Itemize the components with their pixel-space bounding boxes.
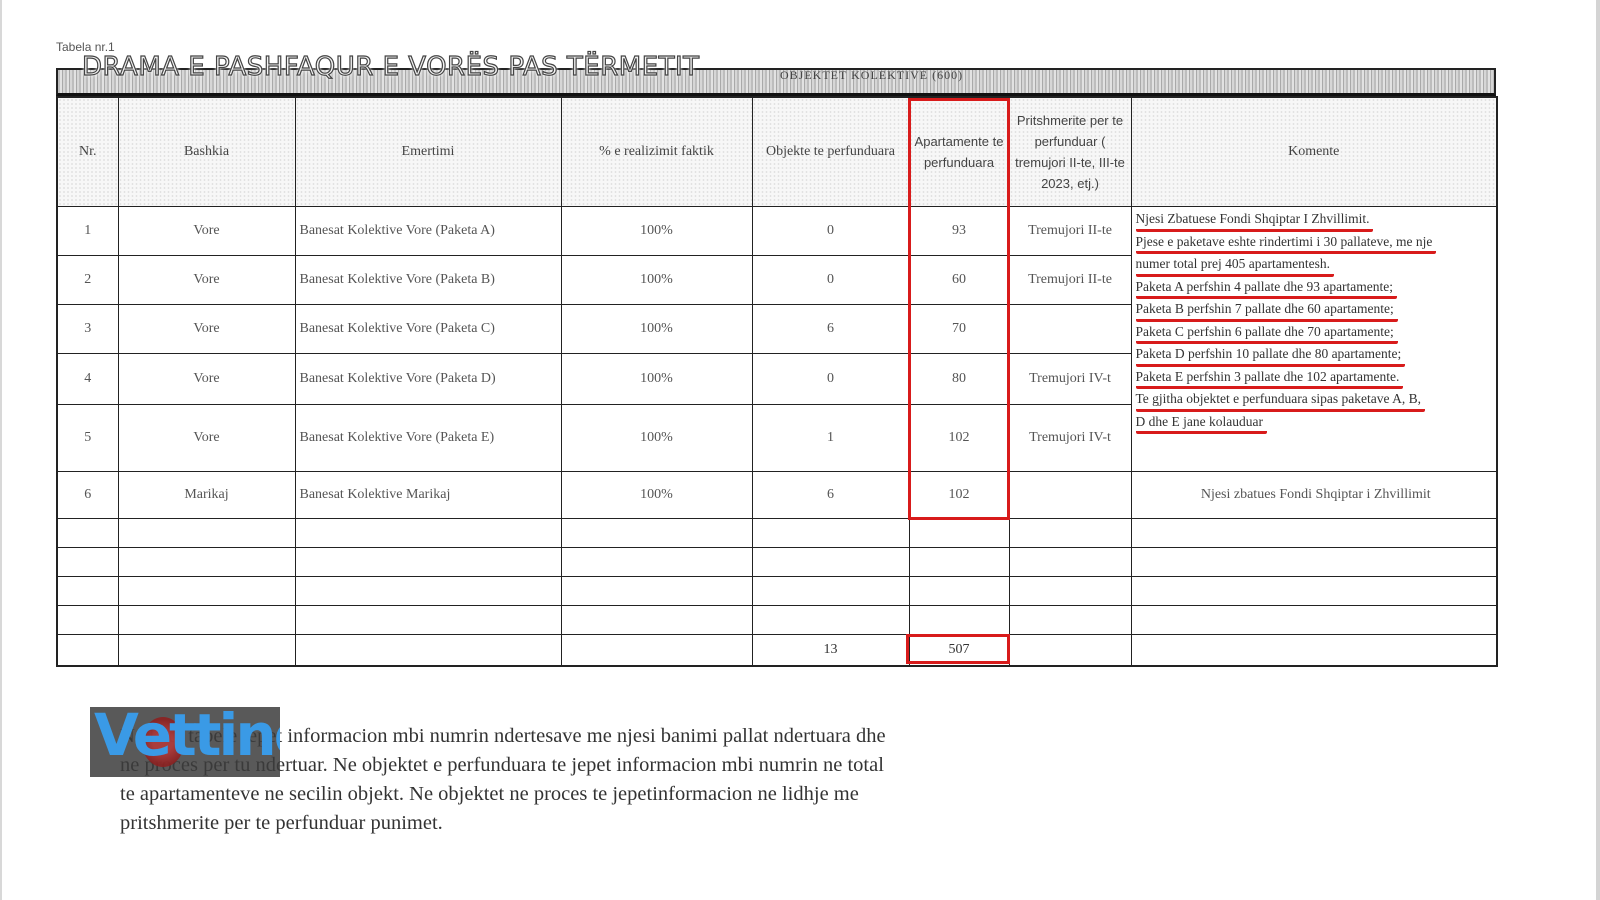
cell-pritshmerite: Tremujori II-te xyxy=(1009,207,1131,256)
table-row-empty xyxy=(57,606,1497,635)
channel-logo: Vetting xyxy=(90,707,280,777)
comment-line: Paketa A perfshin 4 pallate dhe 93 apart… xyxy=(1136,277,1398,300)
cell-nr: 2 xyxy=(57,256,118,305)
cell-nr: 5 xyxy=(57,405,118,472)
cell-bashkia: Vore xyxy=(118,305,295,354)
table-row-empty xyxy=(57,577,1497,606)
cell-emertimi: Banesat Kolektive Vore (Paketa B) xyxy=(295,256,561,305)
cell-objekte: 0 xyxy=(752,354,909,405)
cell-nr: 1 xyxy=(57,207,118,256)
cell-emertimi: Banesat Kolektive Vore (Paketa C) xyxy=(295,305,561,354)
table-row-empty xyxy=(57,548,1497,577)
table-total-row: 13 507 xyxy=(57,635,1497,667)
table-row: 1 Vore Banesat Kolektive Vore (Paketa A)… xyxy=(57,207,1497,256)
comment-line: Paketa E perfshin 3 pallate dhe 102 apar… xyxy=(1136,367,1404,390)
header-komente: Komente xyxy=(1131,97,1497,207)
cell-bashkia: Marikaj xyxy=(118,472,295,519)
cell-realizimi: 100% xyxy=(561,305,752,354)
comment-line: Njesi Zbatuese Fondi Shqiptar I Zhvillim… xyxy=(1136,209,1374,232)
cell-objekte: 1 xyxy=(752,405,909,472)
page-edge-left xyxy=(0,0,2,900)
banner-doc-title: OBJEKTET KOLEKTIVE (600) xyxy=(780,68,963,83)
cell-objekte: 0 xyxy=(752,207,909,256)
cell-emertimi: Banesat Kolektive Marikaj xyxy=(295,472,561,519)
broadcast-overlay-title: DRAMA E PASHFAQUR E VORËS PAS TËRMETIT xyxy=(82,52,700,82)
total-objekte: 13 xyxy=(752,635,909,667)
cell-apartamente: 102 xyxy=(909,405,1009,472)
cell-apartamente: 60 xyxy=(909,256,1009,305)
cell-realizimi: 100% xyxy=(561,256,752,305)
cell-pritshmerite xyxy=(1009,305,1131,354)
cell-apartamente: 80 xyxy=(909,354,1009,405)
cell-apartamente: 93 xyxy=(909,207,1009,256)
cell-realizimi: 100% xyxy=(561,472,752,519)
header-bashkia: Bashkia xyxy=(118,97,295,207)
header-realizimi: % e realizimit faktik xyxy=(561,97,752,207)
cell-nr: 6 xyxy=(57,472,118,519)
cell-objekte: 0 xyxy=(752,256,909,305)
cell-emertimi: Banesat Kolektive Vore (Paketa E) xyxy=(295,405,561,472)
cell-pritshmerite: Tremujori II-te xyxy=(1009,256,1131,305)
comment-line: Te gjitha objektet e perfunduara sipas p… xyxy=(1136,389,1425,412)
cell-komente-vore: Njesi Zbatuese Fondi Shqiptar I Zhvillim… xyxy=(1131,207,1497,472)
comment-line: Pjese e paketave eshte rindertimi i 30 p… xyxy=(1136,232,1437,255)
header-nr: Nr. xyxy=(57,97,118,207)
cell-bashkia: Vore xyxy=(118,256,295,305)
cell-pritshmerite: Tremujori IV-t xyxy=(1009,354,1131,405)
cell-realizimi: 100% xyxy=(561,207,752,256)
header-emertimi: Emertimi xyxy=(295,97,561,207)
comment-line: D dhe E jane kolauduar xyxy=(1136,412,1267,435)
cell-realizimi: 100% xyxy=(561,405,752,472)
cell-apartamente: 70 xyxy=(909,305,1009,354)
cell-emertimi: Banesat Kolektive Vore (Paketa D) xyxy=(295,354,561,405)
logo-text: Vetting xyxy=(94,707,280,769)
cell-nr: 4 xyxy=(57,354,118,405)
cell-emertimi: Banesat Kolektive Vore (Paketa A) xyxy=(295,207,561,256)
header-pritshmerite: Pritshmerite per te perfunduar ( tremujo… xyxy=(1009,97,1131,207)
cell-pritshmerite xyxy=(1009,472,1131,519)
cell-komente-marikaj: Njesi zbatues Fondi Shqiptar i Zhvillimi… xyxy=(1131,472,1497,519)
table-header-row: Nr. Bashkia Emertimi % e realizimit fakt… xyxy=(57,97,1497,207)
cell-objekte: 6 xyxy=(752,305,909,354)
cell-nr: 3 xyxy=(57,305,118,354)
cell-objekte: 6 xyxy=(752,472,909,519)
table-row: 6 Marikaj Banesat Kolektive Marikaj 100%… xyxy=(57,472,1497,519)
apartments-table: Nr. Bashkia Emertimi % e realizimit fakt… xyxy=(56,96,1498,667)
cell-apartamente: 102 xyxy=(909,472,1009,519)
total-apartamente: 507 xyxy=(909,635,1009,667)
page-edge-right xyxy=(1596,0,1600,900)
cell-bashkia: Vore xyxy=(118,405,295,472)
cell-pritshmerite: Tremujori IV-t xyxy=(1009,405,1131,472)
comment-line: Paketa B perfshin 7 pallate dhe 60 apart… xyxy=(1136,299,1398,322)
header-objekte: Objekte te perfunduara xyxy=(752,97,909,207)
cell-bashkia: Vore xyxy=(118,207,295,256)
header-apartamente: Apartamente te perfunduara xyxy=(909,97,1009,207)
comment-line: Paketa C perfshin 6 pallate dhe 70 apart… xyxy=(1136,322,1398,345)
cell-realizimi: 100% xyxy=(561,354,752,405)
cell-bashkia: Vore xyxy=(118,354,295,405)
table-row-empty xyxy=(57,519,1497,548)
comment-line: numer total prej 405 apartamentesh. xyxy=(1136,254,1335,277)
comment-line: Paketa D perfshin 10 pallate dhe 80 apar… xyxy=(1136,344,1406,367)
